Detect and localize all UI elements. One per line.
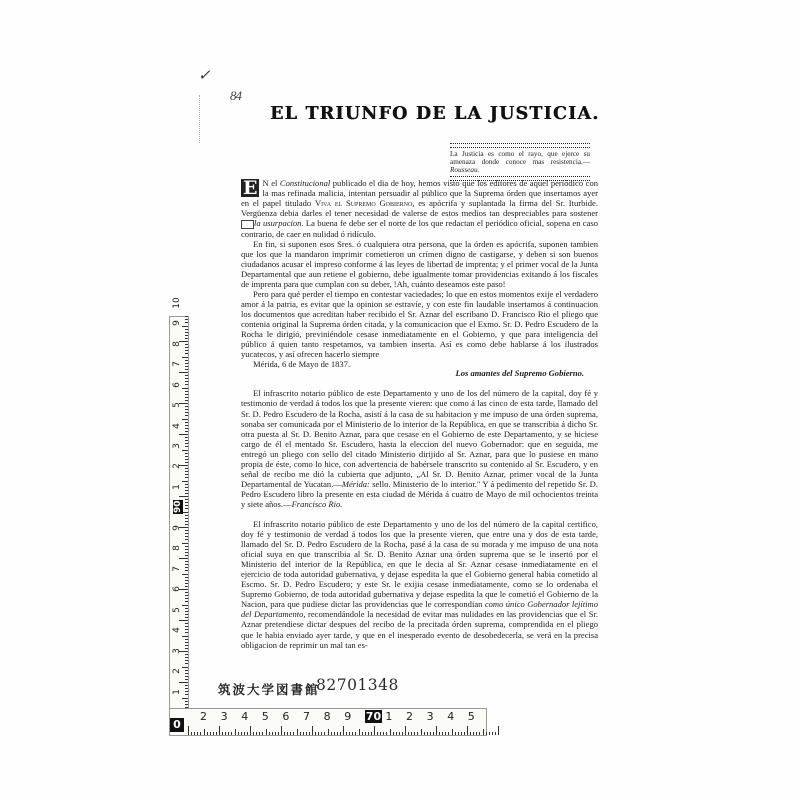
ruler-label: 4 — [447, 710, 454, 723]
folio-number: 84 — [230, 88, 241, 104]
ruler-origin: 0 — [170, 718, 184, 732]
ruler-label: 7 — [303, 710, 310, 723]
ruler-label: 8 — [172, 338, 182, 350]
drop-cap: E — [241, 179, 259, 197]
ruler-label: 5 — [172, 399, 182, 411]
ruler-label: 2 — [172, 460, 182, 472]
ruler-label: 7 — [172, 563, 182, 575]
signature: Los amantes del Supremo Gobierno. — [241, 368, 598, 378]
ruler-label: 8 — [172, 542, 182, 554]
ruler-label: 1 — [172, 686, 182, 698]
library-stamp: 筑波大学図書館 — [218, 680, 320, 698]
ruler-label: 3 — [427, 710, 434, 723]
ruler-label: 2 — [200, 710, 207, 723]
ruler-label: 4 — [172, 624, 182, 636]
library-accession-number: 82701348 — [316, 676, 399, 694]
ruler-label: 5 — [172, 604, 182, 616]
ruler-label: 5 — [468, 710, 475, 723]
ruler-label: 10 — [172, 297, 182, 309]
ruler-label: 3 — [172, 645, 182, 657]
ruler-label: 6 — [172, 583, 182, 595]
ruler-label: 3 — [221, 710, 228, 723]
ruler-label: 2 — [406, 710, 413, 723]
ruler-label: 70 — [365, 710, 382, 723]
scanned-page: ✓ 84 EL TRIUNFO DE LA JUSTICIA. La Justi… — [0, 0, 800, 800]
document-title: EL TRIUNFO DE LA JUSTICIA. — [270, 104, 610, 124]
ruler-label: 9 — [172, 522, 182, 534]
horizontal-scale-ruler: 234567897012345 — [169, 708, 487, 736]
margin-check-mark: ✓ — [198, 66, 211, 85]
ruler-label: 1 — [172, 481, 182, 493]
ornamental-rule — [450, 143, 590, 148]
vertical-scale-ruler: 1234567899012345678910 — [169, 316, 189, 719]
epigraph: La Justicia es como el rayo, que ejerce … — [450, 142, 590, 182]
ruler-label: 4 — [241, 710, 248, 723]
ruler-label: 9 — [344, 710, 351, 723]
ruler-label: 6 — [172, 379, 182, 391]
ruler-label: 9 — [172, 317, 182, 329]
ink-blot — [241, 220, 254, 229]
ruler-label: 90 — [173, 500, 183, 514]
margin-dots — [199, 95, 200, 143]
paragraph-2: En fin, si suponen esos Sres. ó cualquie… — [241, 239, 598, 289]
paragraph-1: EN el Constitucional publicado el dia de… — [241, 178, 598, 239]
ruler-label: 6 — [282, 710, 289, 723]
ruler-label: 8 — [324, 710, 331, 723]
notary-certificate-1: El infrascrito notario público de este D… — [241, 388, 598, 509]
epigraph-text: La Justicia es como el rayo, que ejerce … — [450, 149, 590, 175]
paragraph-3: Pero para qué perder el tiempo en contes… — [241, 289, 598, 359]
ruler-label: 2 — [172, 665, 182, 677]
ruler-label: 5 — [262, 710, 269, 723]
ruler-label: 1 — [385, 710, 392, 723]
article-body: EN el Constitucional publicado el dia de… — [241, 178, 598, 650]
ruler-label: 3 — [172, 440, 182, 452]
notary-certificate-2: El infrascrito notario público de este D… — [241, 519, 598, 650]
ruler-label: 4 — [172, 420, 182, 432]
ruler-label: 7 — [172, 358, 182, 370]
